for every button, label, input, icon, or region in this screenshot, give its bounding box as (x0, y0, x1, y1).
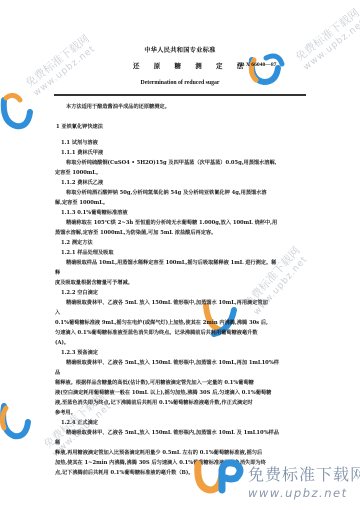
brand-name: 免费标准下载网 (248, 462, 360, 485)
issuing-organization: 中华人民共和国专业标准 (0, 45, 360, 54)
text-line: 1 亚铁氰化钾快速法 (56, 124, 103, 131)
text-line: 品 (55, 370, 60, 377)
english-title: Determination of reduced sugar (0, 80, 360, 86)
text-line: 称取分析纯硫酸铜(CuSO4 • 5H2O)15g 及四甲基蓝（次甲基蓝）0.0… (66, 160, 276, 167)
text-line: 1.1.1 费林氏甲液 (61, 150, 103, 157)
text-line: 稀释液。根据样品含糖量的高低(估计数),可用糖液滴定管先加入一定量的 0.1%葡… (55, 380, 254, 387)
text-line: 入 (55, 310, 60, 317)
text-line: 定容至 1000mL。 (55, 170, 101, 177)
brand-block: 免费标准下载网 www.upbz.net (248, 462, 360, 500)
document-title: 还 原 糖 测 定 法 (133, 61, 249, 70)
up-logo-icon (0, 400, 36, 444)
standard-code: ZB X 66040—87 (237, 62, 276, 68)
text-line: 1.2.2 空白滴定 (61, 290, 98, 297)
text-line: 0.1%葡萄糖标准液 9mL,摇匀在电炉(或煤气灯)上加热,使其在 2min 内… (55, 320, 268, 327)
watermark-top-left: 免费标准下载网 www.upbz.net (22, 31, 99, 99)
brand-logo-icon (192, 456, 248, 496)
text-line: 液(空白滴定耗用葡萄糖液一般在 10mL 以上),摇匀加热,沸腾 30S 后,匀… (55, 390, 271, 397)
text-line: 度及吸取量根据含糖量可予增减。 (55, 280, 133, 287)
text-line: (A)。 (55, 340, 69, 347)
text-line: 液,至蓝色消失即为终点,记下沸腾前后共耗用 0.1%葡萄糖标准液毫升数,作正式滴… (55, 400, 253, 407)
text-line: 稀 (55, 440, 60, 447)
text-line: 1.1 试剂与溶液 (61, 140, 98, 147)
text-line: 匀速滴入 0.1%葡萄糖标准液至蓝色消失即为终点。记录沸腾前后共耗用葡萄糖液毫升… (55, 330, 258, 337)
header-divider (54, 94, 306, 96)
text-line: 精确吸取费林甲、乙液各 5mL 放入 150mL 锥形瓶中,加蒸馏水 10mL,… (66, 300, 268, 307)
text-line: 精确吸取费林甲、乙液各 5mL,放入 150mL 锥形瓶中,加蒸馏水 10mL,… (66, 360, 279, 367)
document-page: 免费标准下载网 www.upbz.net 免费标准下载网 www.upbz.ne… (0, 0, 360, 510)
text-line: 1.1.2 费林氏乙液 (61, 180, 103, 187)
text-line: 蒸馏水溶解,定容至 1000mL,为防染菌,可加 5mL 浓盐酸后再定容。 (55, 230, 216, 237)
text-line: 解,定容至 1000mL。 (55, 200, 108, 207)
text-line: 称取分析纯酒石酸钾钠 50g,分析纯氢氧化钠 54g 及分析纯亚铁氰化钾 4g,… (66, 190, 267, 197)
text-line: 精确称取在 105℃烘 2~3h 至恒重的分析纯无水葡萄糖 1.000g,放入 … (66, 220, 277, 227)
text-line: 1.2.1 样品处理及吸取 (61, 250, 114, 257)
up-logo-icon (0, 92, 38, 134)
text-line: 点,记下沸腾前后共耗用 0.1%葡萄糖标准液的毫升数（B)。 (55, 470, 194, 477)
scope-statement: 本方法适用于酿造酱油半成品的还原糖测定。 (66, 104, 170, 111)
text-line: 1.2.3 预备滴定 (61, 350, 98, 357)
text-line: 1.1.3 0.1%葡萄糖标准溶液 (61, 210, 128, 217)
watermark-top-right: 免费标准下载网 www.upbz.net (292, 5, 360, 73)
text-line: 释 (55, 270, 60, 277)
text-line: 精确吸取费林甲、乙液各 5mL,放入 150mL 锥形瓶内,加蒸馏水 10mL … (66, 430, 279, 437)
text-line: 1.2 测定方法 (61, 240, 93, 247)
text-line: 参考用。 (55, 410, 76, 417)
brand-url: www.upbz.net (248, 486, 360, 500)
text-line: 精确吸取样品 10mL,用蒸馏水稀释定容至 100mL,摇匀后吸取稀释液 1mL… (66, 260, 276, 267)
text-line: 1.2.4 正式滴定 (61, 420, 98, 427)
